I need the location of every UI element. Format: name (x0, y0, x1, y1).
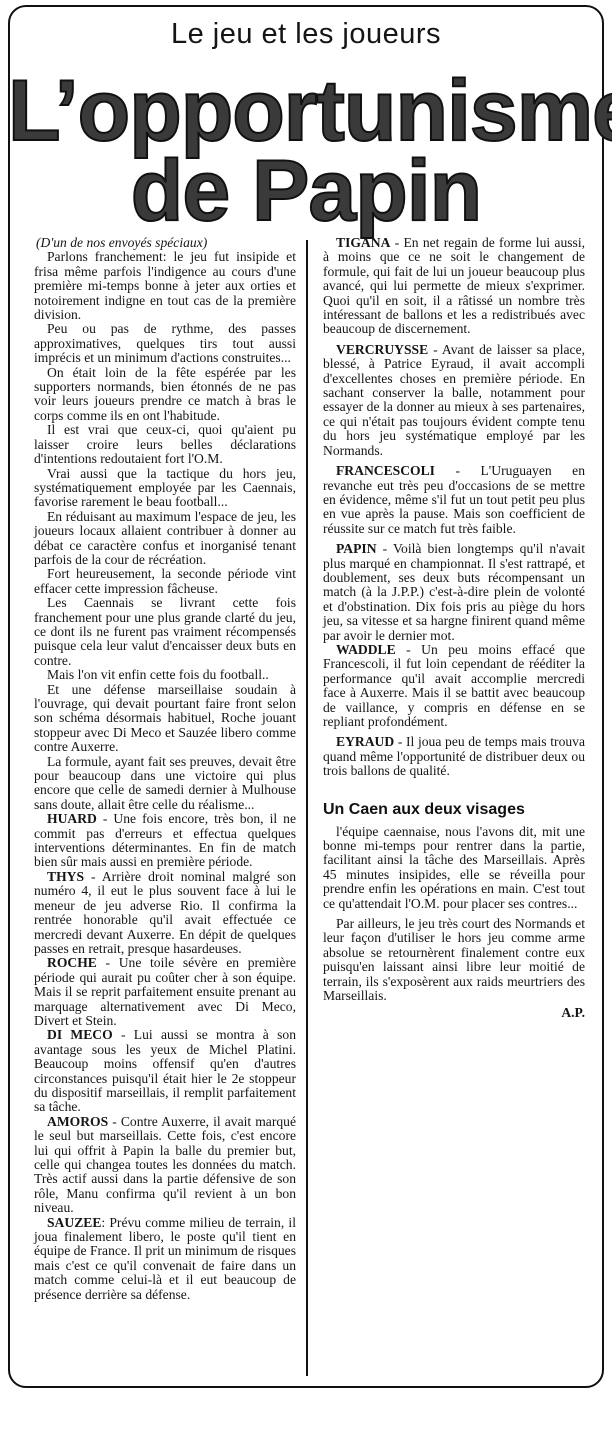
player-rating-tigana: TIGANA - En net regain de forme lui auss… (323, 236, 585, 337)
player-name: TIGANA (336, 235, 390, 250)
player-comment: En net regain de forme lui aussi, à moin… (323, 235, 585, 336)
player-rating-huard: HUARD - Une fois encore, très bon, il ne… (34, 812, 296, 870)
column-divider (306, 240, 308, 1376)
player-rating-waddle: WADDLE - Un peu moins effacé que Frances… (323, 643, 585, 729)
intro-paragraph: En réduisant au maximum l'espace de jeu,… (34, 510, 296, 568)
player-name: HUARD (47, 811, 97, 826)
author-signature: A.P. (323, 1006, 585, 1020)
section-subheading: Un Caen aux deux visages (323, 801, 585, 819)
player-name: FRANCESCOLI (336, 463, 435, 478)
headline-line-2: de Papin (8, 148, 604, 234)
player-rating-di-meco: DI MECO - Lui aussi se montra à son avan… (34, 1028, 296, 1114)
player-rating-eyraud: EYRAUD - Il joua peu de temps mais trouv… (323, 735, 585, 778)
intro-paragraph: On était loin de la fête espérée par les… (34, 366, 296, 424)
player-rating-thys: THYS - Arrière droit nominal malgré son … (34, 870, 296, 956)
player-name: WADDLE (336, 642, 396, 657)
player-rating-papin: PAPIN - Voilà bien longtemps qu'il n'ava… (323, 542, 585, 643)
player-comment: Avant de laisser sa place, blessé, à Pat… (323, 342, 585, 458)
player-rating-sauzee: SAUZEE: Prévu comme milieu de terrain, i… (34, 1216, 296, 1302)
intro-paragraph: Il est vrai que ceux-ci, quoi qu'aient p… (34, 423, 296, 466)
right-column: TIGANA - En net regain de forme lui auss… (323, 236, 585, 1020)
intro-paragraph: Les Caennais se livrant cette fois franc… (34, 596, 296, 668)
left-column: (D'un de nos envoyés spéciaux) Parlons f… (34, 236, 296, 1302)
article-kicker: Le jeu et les joueurs (8, 18, 604, 51)
player-name: DI MECO (47, 1027, 113, 1042)
byline: (D'un de nos envoyés spéciaux) (34, 236, 296, 250)
intro-paragraph: Et une défense marseillaise soudain à l'… (34, 683, 296, 755)
intro-paragraph: Peu ou pas de rythme, des passes approxi… (34, 322, 296, 365)
player-rating-amoros: AMOROS - Contre Auxerre, il avait marqué… (34, 1115, 296, 1216)
player-rating-vercruysse: VERCRUYSSE - Avant de laisser sa place, … (323, 343, 585, 458)
player-rating-francescoli: FRANCESCOLI - L'Uruguayen en revanche eu… (323, 464, 585, 536)
player-comment: Voilà bien longtemps qu'il n'avait plus … (323, 541, 585, 642)
player-name: VERCRUYSSE (336, 342, 428, 357)
intro-paragraph: Fort heureusement, la seconde période vi… (34, 567, 296, 596)
player-rating-roche: ROCHE - Une toile sévère en première pér… (34, 956, 296, 1028)
player-name: AMOROS (47, 1114, 108, 1129)
headline-line-1: L’opportunisme (8, 68, 604, 154)
player-name: PAPIN (336, 541, 377, 556)
intro-paragraph: Parlons franchement: le jeu fut insipide… (34, 250, 296, 322)
intro-paragraph: Mais l'on vit enfin cette fois du footba… (34, 668, 296, 682)
player-comment: Contre Auxerre, il avait marqué le seul … (34, 1114, 296, 1215)
player-name: SAUZEE (47, 1215, 101, 1230)
player-name: THYS (47, 869, 84, 884)
player-name: ROCHE (47, 955, 97, 970)
closing-paragraph: l'équipe caennaise, nous l'avons dit, mi… (323, 825, 585, 911)
player-name: EYRAUD (336, 734, 394, 749)
intro-paragraph: Vrai aussi que la tactique du hors jeu, … (34, 467, 296, 510)
closing-paragraph: Par ailleurs, le jeu très court des Norm… (323, 917, 585, 1003)
intro-paragraph: La formule, ayant fait ses preuves, deva… (34, 755, 296, 813)
